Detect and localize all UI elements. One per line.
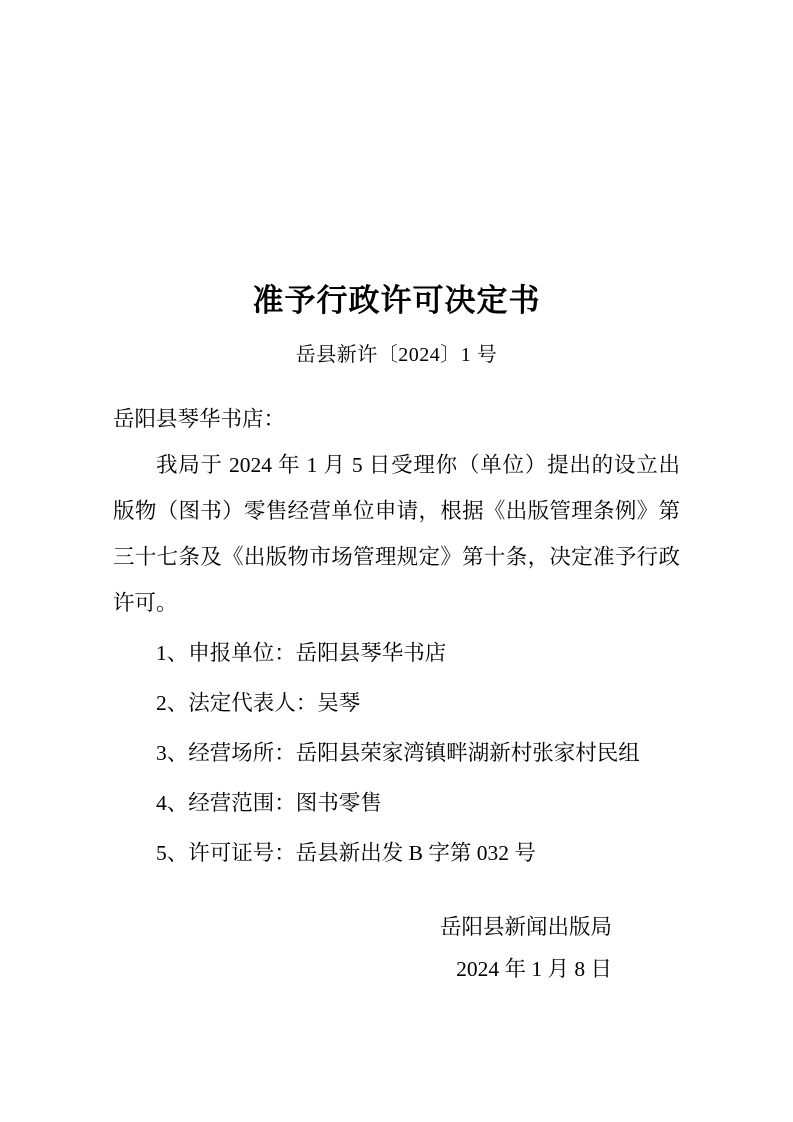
list-item-applicant-unit: 1、申报单位：岳阳县琴华书店 [113,630,680,676]
list-item-license-number: 5、许可证号：岳县新出发 B 字第 032 号 [113,830,680,876]
list-item-business-scope: 4、经营范围：图书零售 [113,780,680,826]
signature-block: 岳阳县新闻出版局 2024 年 1 月 8 日 [113,906,680,990]
document-number: 岳县新许〔2024〕1 号 [113,342,680,368]
document-title: 准予行政许可决定书 [113,284,680,317]
issue-date: 2024 年 1 月 8 日 [113,948,612,990]
addressee: 岳阳县琴华书店： [113,396,680,442]
body-paragraph: 我局于 2024 年 1 月 5 日受理你（单位）提出的设立出版物（图书）零售经… [113,442,680,626]
list-item-legal-representative: 2、法定代表人：吴琴 [113,680,680,726]
list-item-business-premises: 3、经营场所：岳阳县荣家湾镇畔湖新村张家村民组 [113,730,680,776]
document-page: 准予行政许可决定书 岳县新许〔2024〕1 号 岳阳县琴华书店： 我局于 202… [0,0,793,1122]
issuer-name: 岳阳县新闻出版局 [113,906,612,948]
